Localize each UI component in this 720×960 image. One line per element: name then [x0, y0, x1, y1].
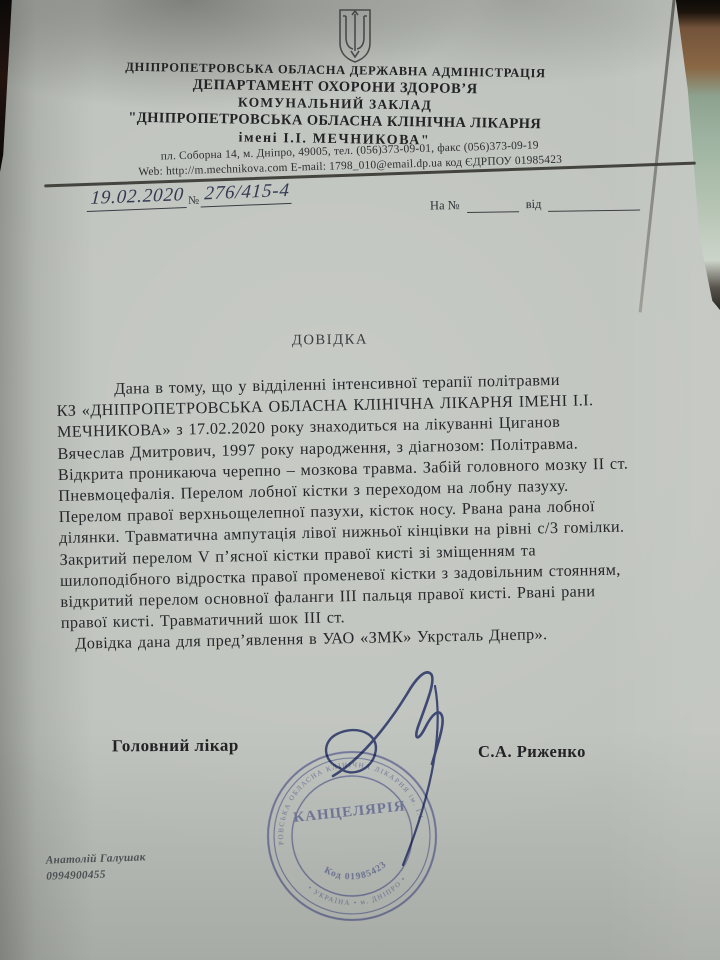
stamp-code-text: Код 01985423	[321, 859, 390, 886]
handwritten-date: 19.02.2020	[87, 184, 188, 212]
stamp-center-text: КАНЦЕЛЯРІЯ	[293, 798, 407, 826]
incoming-from-blank	[548, 197, 640, 212]
document-title: ДОВІДКА	[30, 329, 630, 352]
reference-line: 19.02.2020 № 276/415-4	[87, 180, 294, 212]
incoming-reference: На № від	[430, 196, 641, 214]
handwritten-number: 276/415-4	[201, 180, 294, 208]
signer-name: С.А. Риженко	[478, 742, 586, 762]
executor-note: Анатолій Галушак 0994900455	[46, 850, 147, 885]
stamp-ring-top-text: ДНІПРОПЕТРОВСЬКА ОБЛАСНА КЛІНІЧНА ЛІКАРН…	[242, 726, 427, 848]
document-photo: ДНІПРОПЕТРОВСЬКА ОБЛАСНА ДЕРЖАВНА АДМІНІ…	[0, 0, 720, 960]
executor-name: Анатолій Галушак	[46, 850, 146, 869]
incoming-no-label: На №	[430, 198, 460, 213]
signer-position-label: Головний лікар	[112, 736, 239, 757]
svg-text:ДНІПРОПЕТРОВСЬКА ОБЛАСНА КЛІНІ: ДНІПРОПЕТРОВСЬКА ОБЛАСНА КЛІНІЧНА ЛІКАРН…	[242, 726, 427, 848]
incoming-no-blank	[467, 198, 519, 213]
office-stamp: ДНІПРОПЕТРОВСЬКА ОБЛАСНА КЛІНІЧНА ЛІКАРН…	[242, 726, 462, 946]
photo-background-left	[0, 0, 16, 172]
photo-background-right	[650, 0, 720, 310]
incoming-from-label: від	[526, 197, 542, 212]
ukraine-trident-icon	[334, 7, 376, 65]
executor-phone: 0994900455	[46, 866, 146, 885]
body-text: Дана в тому, що у відділенні інтенсивної…	[56, 367, 709, 656]
svg-text:Код 01985423: Код 01985423	[321, 859, 390, 886]
number-sign: №	[188, 195, 199, 207]
